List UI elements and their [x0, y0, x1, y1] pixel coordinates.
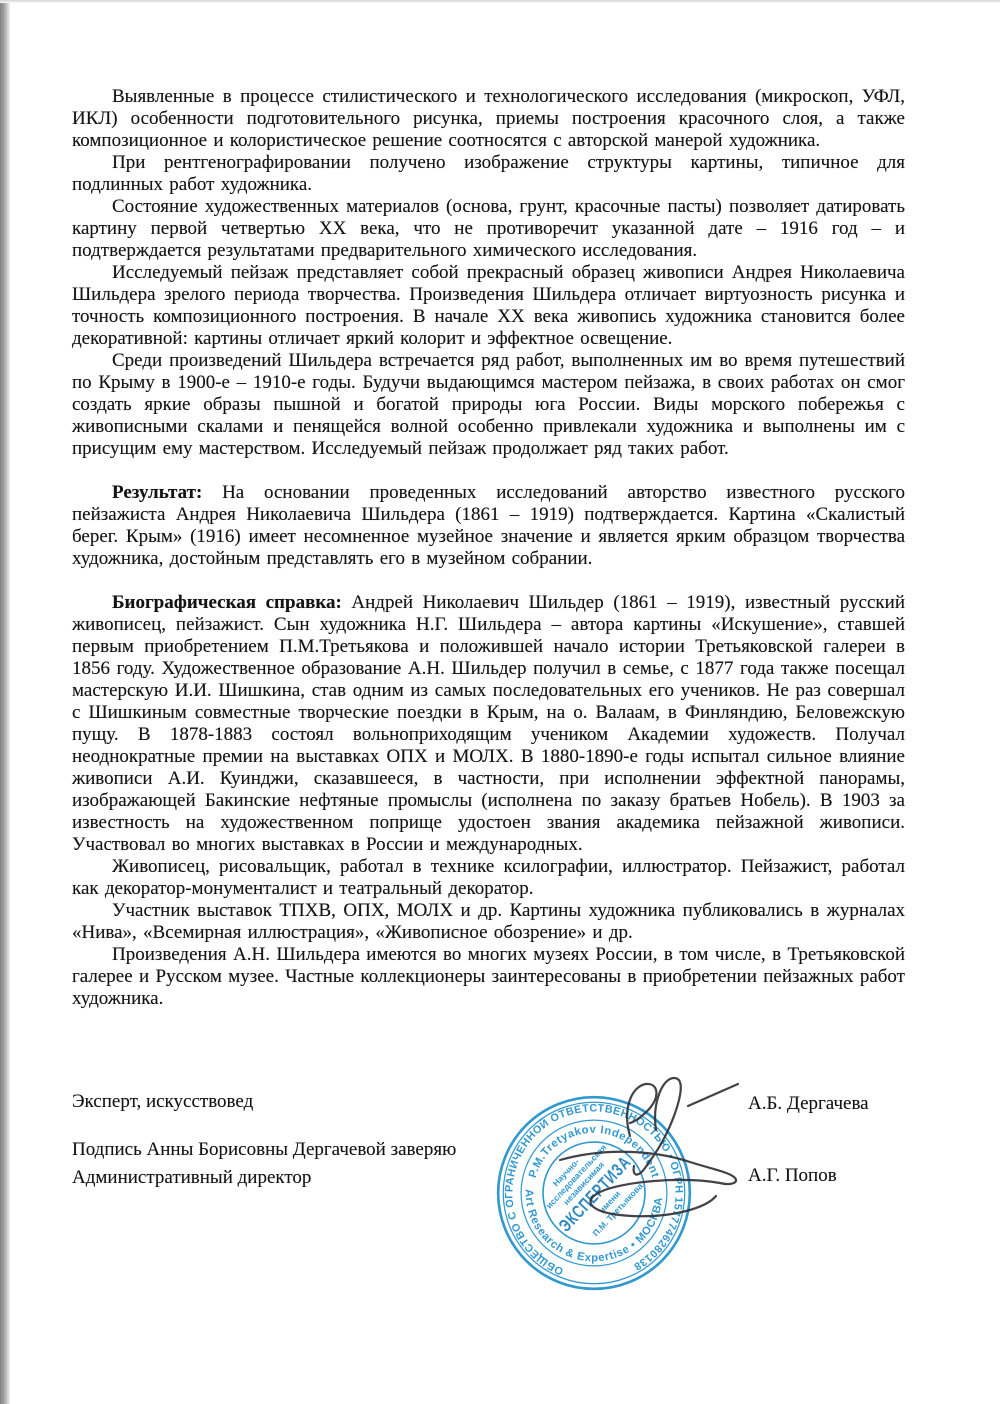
certify-statement-line2: Административный директор: [72, 1167, 311, 1189]
scan-edge-left: [0, 0, 10, 1404]
document-page: Выявленные в процессе стилистического и …: [0, 0, 1000, 1404]
document-body: Выявленные в процессе стилистического и …: [72, 86, 905, 1010]
director-name: А.Г. Попов: [748, 1165, 837, 1187]
expert-role-label: Эксперт, искусствовед: [72, 1091, 253, 1113]
paragraph-xray: При рентгенографировании получено изобра…: [72, 152, 905, 196]
paragraph-exhibitions: Участник выставок ТПХВ, ОПХ, МОЛХ и др. …: [72, 900, 905, 944]
paragraph-materials-dating: Состояние художественных материалов (осн…: [72, 196, 905, 262]
seal-icon: ОБЩЕСТВО С ОГРАНИЧЕННОЙ ОТВЕТСТВЕННОСТЬЮ…: [490, 1089, 698, 1297]
paragraph-biography: Биографическая справка: Андрей Николаеви…: [72, 592, 905, 856]
paragraph-stylistic-findings: Выявленные в процессе стилистического и …: [72, 86, 905, 152]
result-label: Результат:: [112, 482, 202, 503]
expert-name: А.Б. Дергачева: [748, 1093, 869, 1115]
paragraph-landscape-description: Исследуемый пейзаж представляет собой пр…: [72, 262, 905, 350]
scan-edge-top: [0, 0, 1000, 3]
paragraph-museums: Произведения А.Н. Шильдера имеются во мн…: [72, 944, 905, 1010]
company-seal-stamp: ОБЩЕСТВО С ОГРАНИЧЕННОЙ ОТВЕТСТВЕННОСТЬЮ…: [490, 1089, 698, 1297]
biography-text: Андрей Николаевич Шильдер (1861 – 1919),…: [72, 592, 905, 855]
certify-statement-line1: Подпись Анны Борисовны Дергачевой заверя…: [72, 1139, 456, 1161]
paragraph-result: Результат: На основании проведенных иссл…: [72, 482, 905, 570]
paragraph-crimea-works: Среди произведений Шильдера встречается …: [72, 350, 905, 460]
biography-label: Биографическая справка:: [112, 592, 342, 613]
paragraph-painter-techniques: Живописец, рисовальщик, работал в техник…: [72, 856, 905, 900]
